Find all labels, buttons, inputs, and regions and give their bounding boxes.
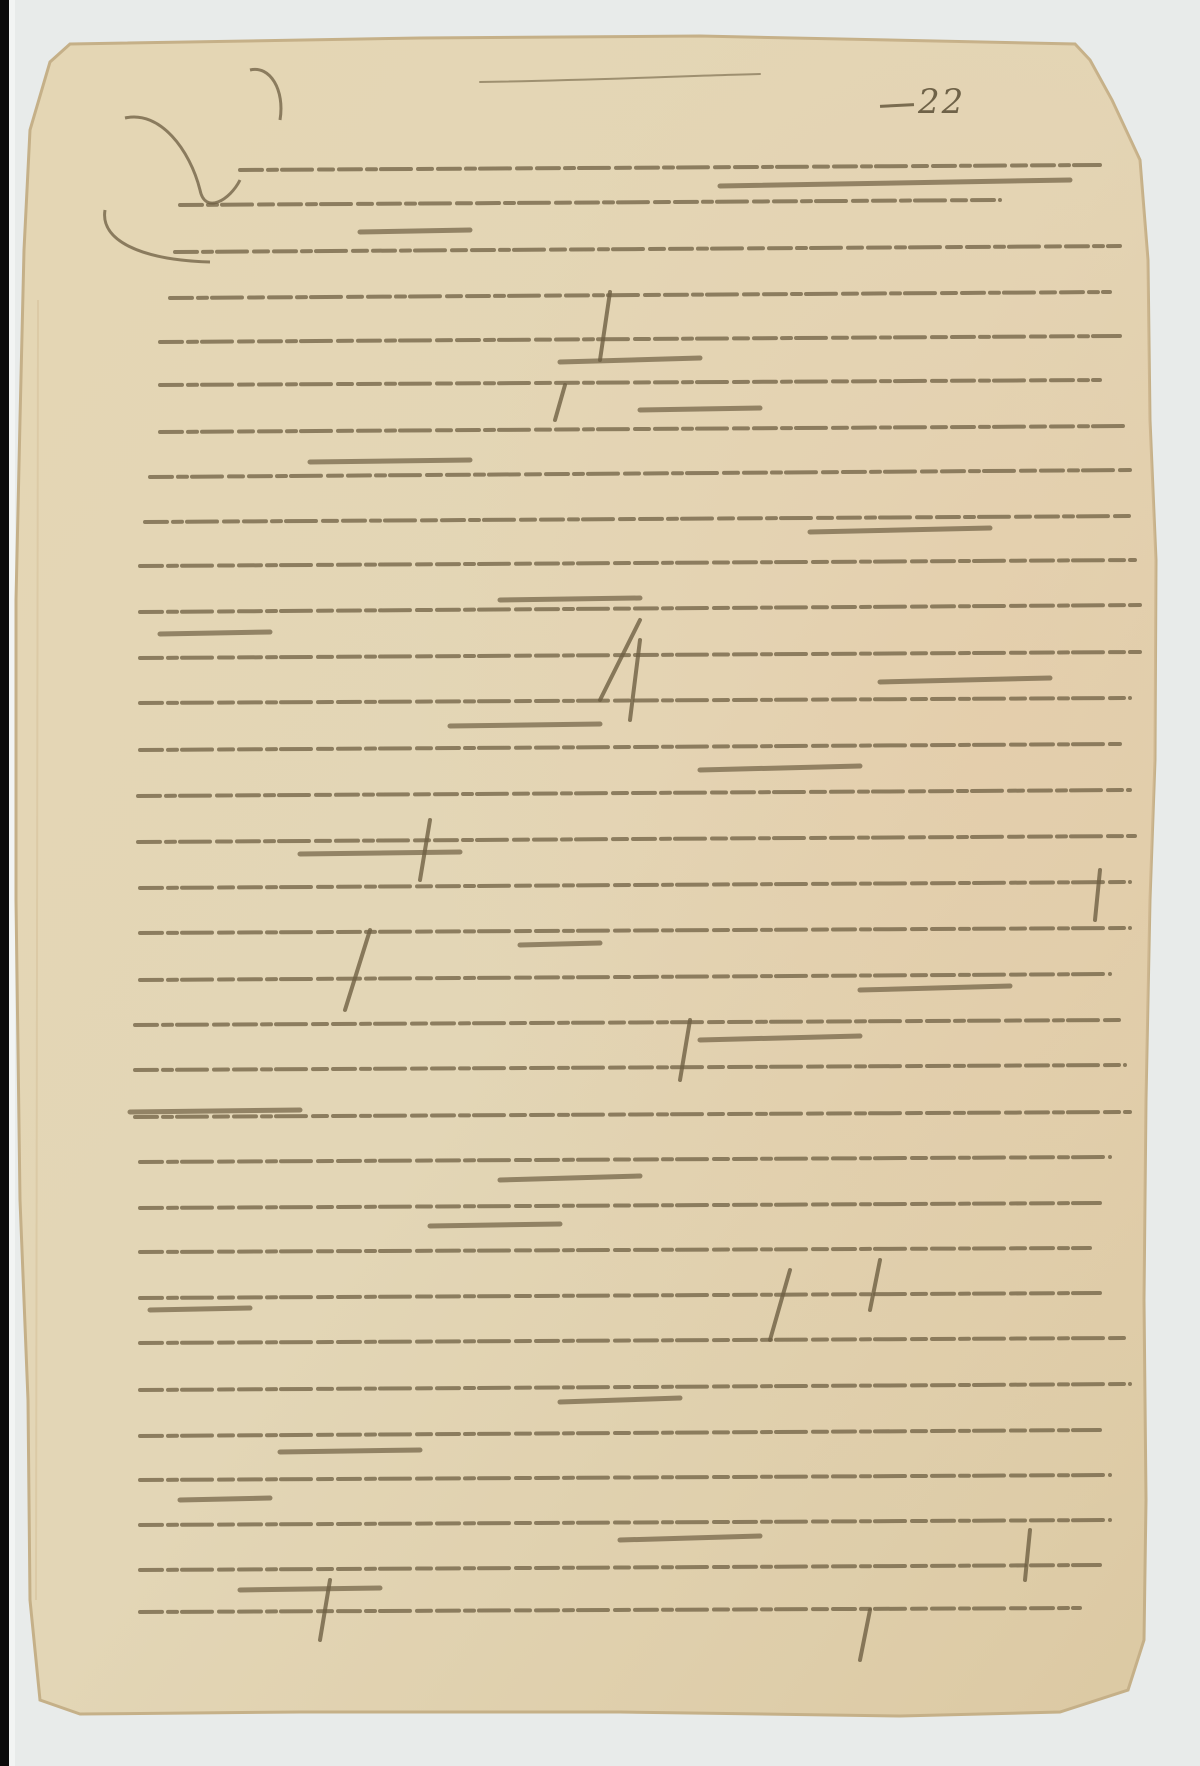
manuscript-page: 22 [0,0,1200,1766]
folio-number: 22 [918,82,965,122]
paper-sheet [0,0,1200,1766]
